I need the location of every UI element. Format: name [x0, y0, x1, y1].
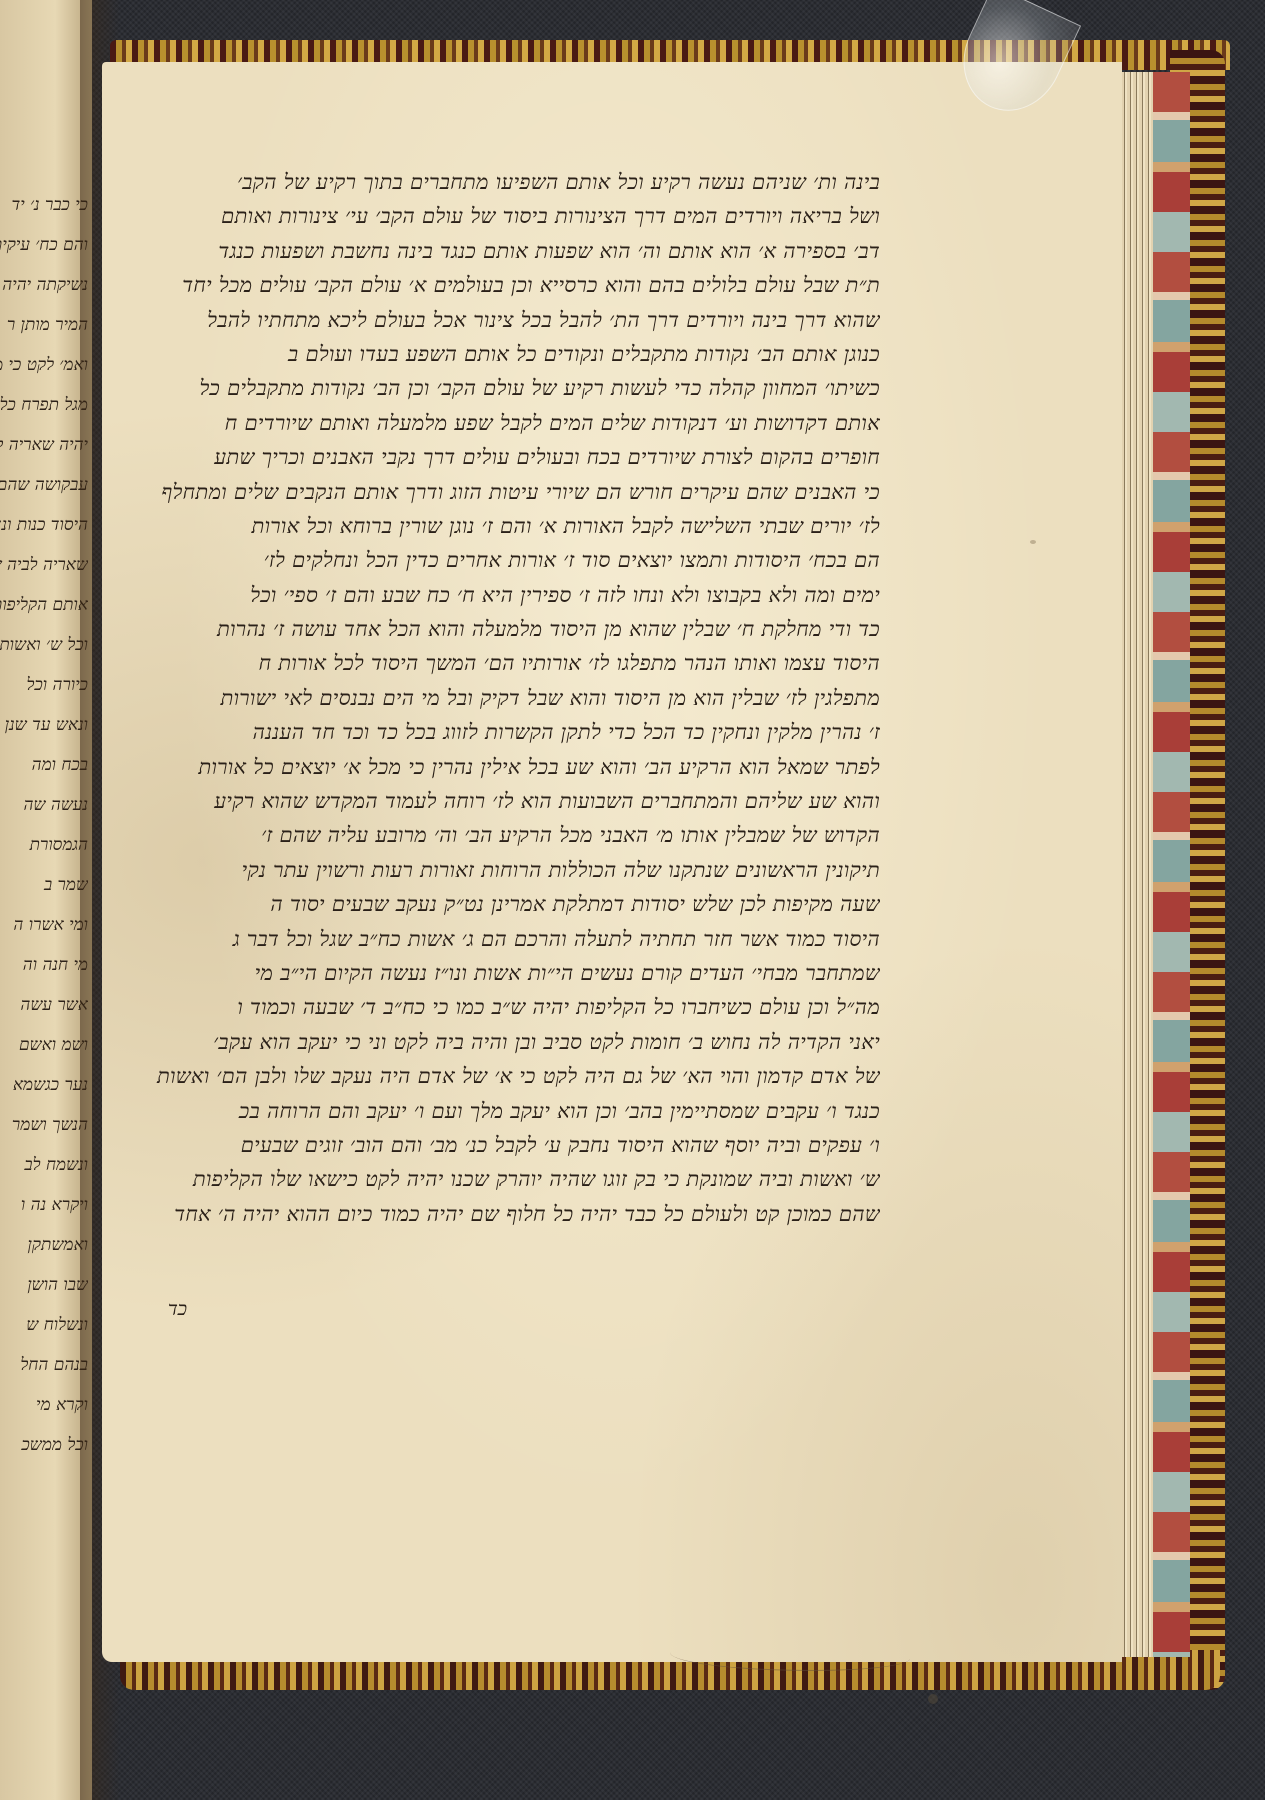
- manuscript-line: כד ודי מחלקת ח׳ שבלין שהוא מן היסוד מלמע…: [145, 612, 880, 646]
- manuscript-line: הם בכח׳ היסודות ותמצו יוצאים סוד ז׳ אורו…: [145, 543, 880, 577]
- manuscript-line: שמתחבר מבחי׳ העדים קורם נעשים הי״ות אשות…: [145, 956, 880, 990]
- facing-page-line: ויקרא נה ו: [0, 1185, 88, 1225]
- facing-page-line: ונשלוח ש: [0, 1305, 88, 1345]
- facing-page-line: ואמשתקן: [0, 1225, 88, 1265]
- manuscript-line: אותם דקדושות וע׳ דנקודות שלים המים לקבל …: [145, 406, 880, 440]
- facing-page-line: יהיה שאריה לבי: [0, 425, 88, 465]
- manuscript-line: והוא שע שליהם והמתחברים השבועות הוא לז׳ …: [145, 784, 880, 818]
- manuscript-line: דב׳ בספירה א׳ הוא אותם וה׳ הוא שפעות אות…: [145, 234, 880, 268]
- manuscript-line: כי האבנים שהם עיקרים חורש הם שיורי עיטות…: [145, 475, 880, 509]
- facing-page-line: ונשמח לב: [0, 1145, 88, 1185]
- facing-page-line: נשיקתה יהיה: [0, 265, 88, 305]
- facing-page-line: שמר ב: [0, 865, 88, 905]
- manuscript-line: בינה ות׳ שניהם נעשה רקיע וכל אותם השפיעו…: [145, 165, 880, 199]
- manuscript-line: ת״ת שבל עולם בלולים בהם והוא כרסייא וכן …: [145, 268, 880, 302]
- manuscript-text-block: בינה ות׳ שניהם נעשה רקיע וכל אותם השפיעו…: [145, 165, 880, 1231]
- facing-page-line: אותם הקליפות: [0, 585, 88, 625]
- facing-page-line: נער כגשמא: [0, 1065, 88, 1105]
- facing-page-line: שאריה לביה ש: [0, 545, 88, 585]
- manuscript-line: יאני הקדיה לה נחוש ב׳ חומות לקט סביב ובן…: [145, 1025, 880, 1059]
- ink-spot: [1030, 540, 1036, 544]
- facing-page-line: וכל ש׳ ואשות: [0, 625, 88, 665]
- facing-page-line: אשר עשה: [0, 985, 88, 1025]
- manuscript-line: מה״ל וכן עולם כשיחברו כל הקליפות יהיה ש״…: [145, 990, 880, 1024]
- manuscript-line: לז׳ יורים שבתי השלישה לקבל האורות א׳ והם…: [145, 509, 880, 543]
- facing-page-line: כיורה וכל: [0, 665, 88, 705]
- facing-page-line: בכח ומה: [0, 745, 88, 785]
- facing-page-line: והם כח׳ עיקים: [0, 225, 88, 265]
- manuscript-line: תיקונין הראשונים שנתקנו שלה הכוללות הרוח…: [145, 853, 880, 887]
- facing-page-line: בנהם החל: [0, 1345, 88, 1385]
- facing-page-line: וכל ממשכ: [0, 1425, 88, 1465]
- manuscript-line: שהם כמוכן קט ולעולם כל כבד יהיה כל חלוף …: [145, 1197, 880, 1231]
- manuscript-line: ימים ומה ולא בקבוצו ולא ונחו לזה ז׳ ספיר…: [145, 578, 880, 612]
- manuscript-line: ז׳ נהרין מלקין ונחקין כד הכל כדי לתקן הק…: [145, 715, 880, 749]
- manuscript-line: ושל בריאה ויורדים המים דרך הצינורות ביסו…: [145, 199, 880, 233]
- manuscript-line: מתפלגין לז׳ שבלין הוא מן היסוד והוא שבל …: [145, 681, 880, 715]
- facing-page-line: שבו הושן: [0, 1265, 88, 1305]
- facing-page-line: עבקושה שהם: [0, 465, 88, 505]
- manuscript-line: כשיתו׳ המחוון קהלה כדי לעשות רקיע של עול…: [145, 371, 880, 405]
- manuscript-line: ש׳ ואשות וביה שמונקת כי בק זוגו שהיה יוה…: [145, 1162, 880, 1196]
- manuscript-line: לפתר שמאל הוא הרקיע הב׳ והוא שע בכל אילי…: [145, 750, 880, 784]
- manuscript-line: כנגד ו׳ עקבים שמסתיימין בהב׳ וכן הוא יעק…: [145, 1094, 880, 1128]
- manuscript-line: שהוא דרך בינה ויורדים דרך הת׳ להבל בכל צ…: [145, 303, 880, 337]
- stain-spot: [928, 1694, 938, 1704]
- facing-page-line: ושמ ואשם: [0, 1025, 88, 1065]
- manuscript-line: היסוד עצמו ואותו הנהר מתפלגו לז׳ אורותיו…: [145, 646, 880, 680]
- manuscript-line: של אדם קדמון והוי הא׳ של גם היה לקט כי א…: [145, 1059, 880, 1093]
- facing-left-page: כי כבר נ׳ ידוהם כח׳ עיקיםנשיקתה יהיההמיר…: [0, 0, 92, 1800]
- facing-page-line: נעשה שה: [0, 785, 88, 825]
- facing-page-line: ומי אשרו ה: [0, 905, 88, 945]
- manuscript-line: חופרים בהקום לצורת שיורדים בכח ובעולים ע…: [145, 440, 880, 474]
- manuscript-line: הקדוש של שמבלין אותו מ׳ האבני מכל הרקיע …: [145, 818, 880, 852]
- facing-page-line: מי חנה וה: [0, 945, 88, 985]
- marbled-endpaper-edge: [1150, 72, 1190, 1657]
- facing-page-line: הגמסורת: [0, 825, 88, 865]
- facing-page-text: כי כבר נ׳ ידוהם כח׳ עיקיםנשיקתה יהיההמיר…: [0, 185, 88, 1465]
- facing-page-line: ואמ׳ לקט כי מ: [0, 345, 88, 385]
- facing-page-line: כי כבר נ׳ יד: [0, 185, 88, 225]
- facing-page-line: המיר מותן ר: [0, 305, 88, 345]
- facing-page-line: ונאש עד שנן: [0, 705, 88, 745]
- facing-page-line: וקרא מי: [0, 1385, 88, 1425]
- manuscript-line: כנוגן אותם הב׳ נקודות מתקבלים ונקודים כל…: [145, 337, 880, 371]
- facing-page-line: היסוד כנות ונה: [0, 505, 88, 545]
- facing-page-line: הנשך ושמר: [0, 1105, 88, 1145]
- catchword: כד: [168, 1298, 187, 1321]
- manuscript-line: ו׳ עפקים וביה יוסף שהוא היסוד נחבק ע׳ לק…: [145, 1128, 880, 1162]
- facing-page-line: מגל תפרח כל: [0, 385, 88, 425]
- manuscript-line: היסוד כמוד אשר חזר תחתיה לתעלה והרכם הם …: [145, 922, 880, 956]
- manuscript-line: שעה מקיפות לכן שלש יסודות דמתלקת אמרינן …: [145, 887, 880, 921]
